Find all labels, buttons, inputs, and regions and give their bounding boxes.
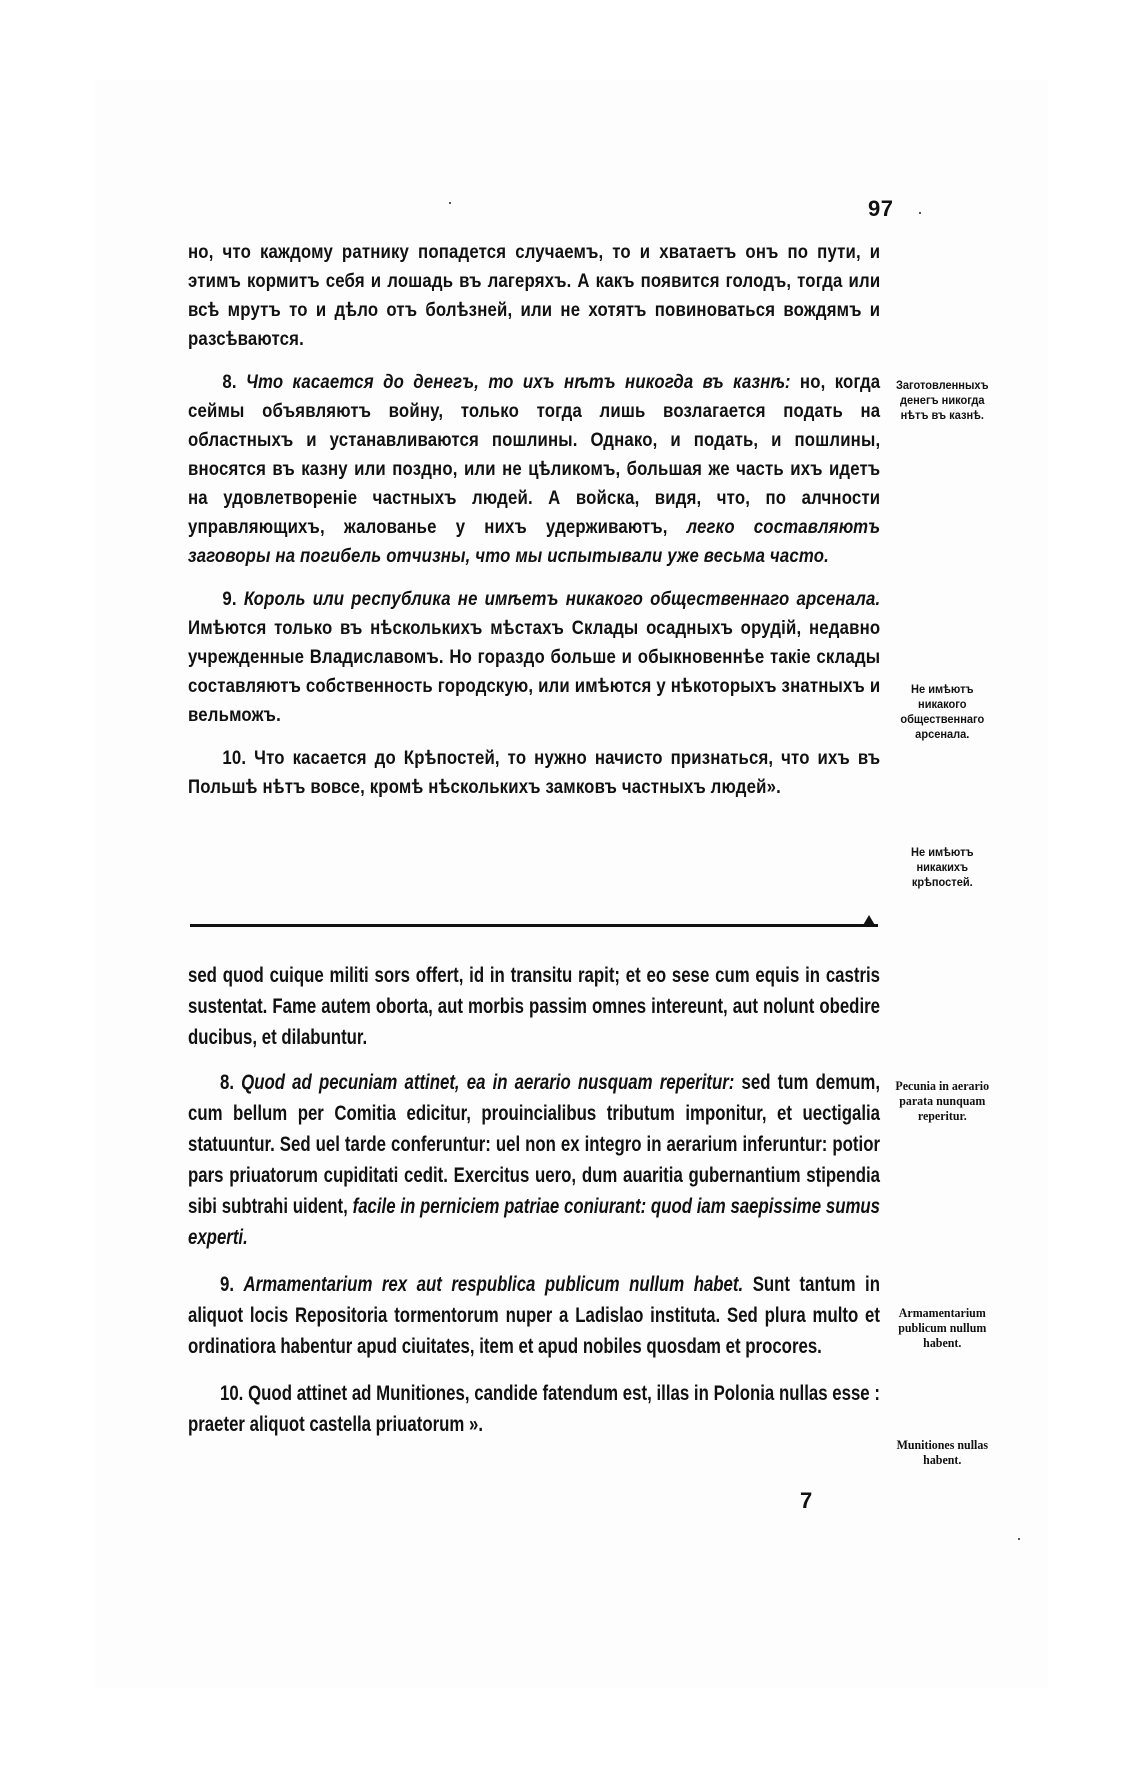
paragraph-italic-lead: Что касается до денегъ, то ихъ нѣтъ нико… [246, 371, 791, 393]
la-paragraph-continuation: sed quod cuique militi sors offert, id i… [188, 960, 880, 1053]
paragraph-number: 10. [222, 747, 246, 769]
paragraph-text: Что касается до Крѣпостей, то нужно начи… [188, 747, 880, 798]
paragraph-text: Quod attinet ad Munitiones, candide fate… [188, 1382, 880, 1436]
paragraph-italic-lead: Quod ad pecuniam attinet, ea in aerario … [241, 1071, 734, 1094]
page-number-top: 97 [868, 196, 893, 222]
paragraph-text: но, когда сеймы объявляютъ войну, только… [188, 371, 880, 538]
paragraph-number: 8. [222, 371, 236, 393]
ru-margin-note-10: Не имѣютъ никакихъ крѣпостей. [888, 845, 997, 890]
la-margin-note-9: Armamentarium publicum nullum habent. [888, 1305, 997, 1350]
la-margin-note-10: Munitiones nullas habent. [888, 1437, 997, 1467]
paragraph-number: 9. [222, 588, 236, 610]
ru-margin-note-9: Не имѣютъ никакого общественнаго арсенал… [888, 682, 997, 742]
russian-text-block: но, что каждому ратнику попадется случае… [188, 238, 880, 815]
paragraph-text: но, что каждому ратнику попадется случае… [188, 241, 880, 350]
section-divider-rule [190, 924, 878, 927]
latin-text-block: sed quod cuique militi sors offert, id i… [188, 960, 880, 1453]
paragraph-italic-lead: Король или республика не имѣетъ никакого… [244, 588, 880, 610]
scan-speck [1018, 1538, 1020, 1540]
paragraph-italic-lead: Armamentarium rex aut respublica publicu… [244, 1273, 744, 1296]
paragraph-text: sed quod cuique militi sors offert, id i… [188, 964, 880, 1049]
la-paragraph-10: 10. Quod attinet ad Munitiones, candide … [188, 1378, 880, 1440]
ru-paragraph-9: 9. Король или республика не имѣетъ никак… [188, 585, 880, 730]
la-paragraph-9: 9. Armamentarium rex aut respublica publ… [188, 1269, 880, 1362]
ru-paragraph-10: 10. Что касается до Крѣпостей, то нужно … [188, 744, 880, 802]
la-margin-note-8: Pecunia in aerario parata nunquam reperi… [888, 1078, 997, 1123]
paragraph-number: 10. [220, 1382, 243, 1405]
scan-speck [449, 202, 451, 204]
la-paragraph-8: 8. Quod ad pecuniam attinet, ea in aerar… [188, 1067, 880, 1253]
ru-margin-note-8: Заготовленныхъ денегъ никогда нѣтъ въ ка… [888, 378, 997, 423]
signature-mark-bottom: 7 [800, 1488, 813, 1514]
paragraph-text: Имѣются только въ нѣсколькихъ мѣстахъ Ск… [188, 617, 880, 726]
ru-paragraph-8: 8. Что касается до денегъ, то ихъ нѣтъ н… [188, 368, 880, 571]
paragraph-number: 9. [220, 1273, 234, 1296]
scan-speck [919, 212, 921, 214]
ru-paragraph-continuation: но, что каждому ратнику попадется случае… [188, 238, 880, 354]
paragraph-number: 8. [220, 1071, 234, 1094]
divider-mark [862, 915, 876, 927]
